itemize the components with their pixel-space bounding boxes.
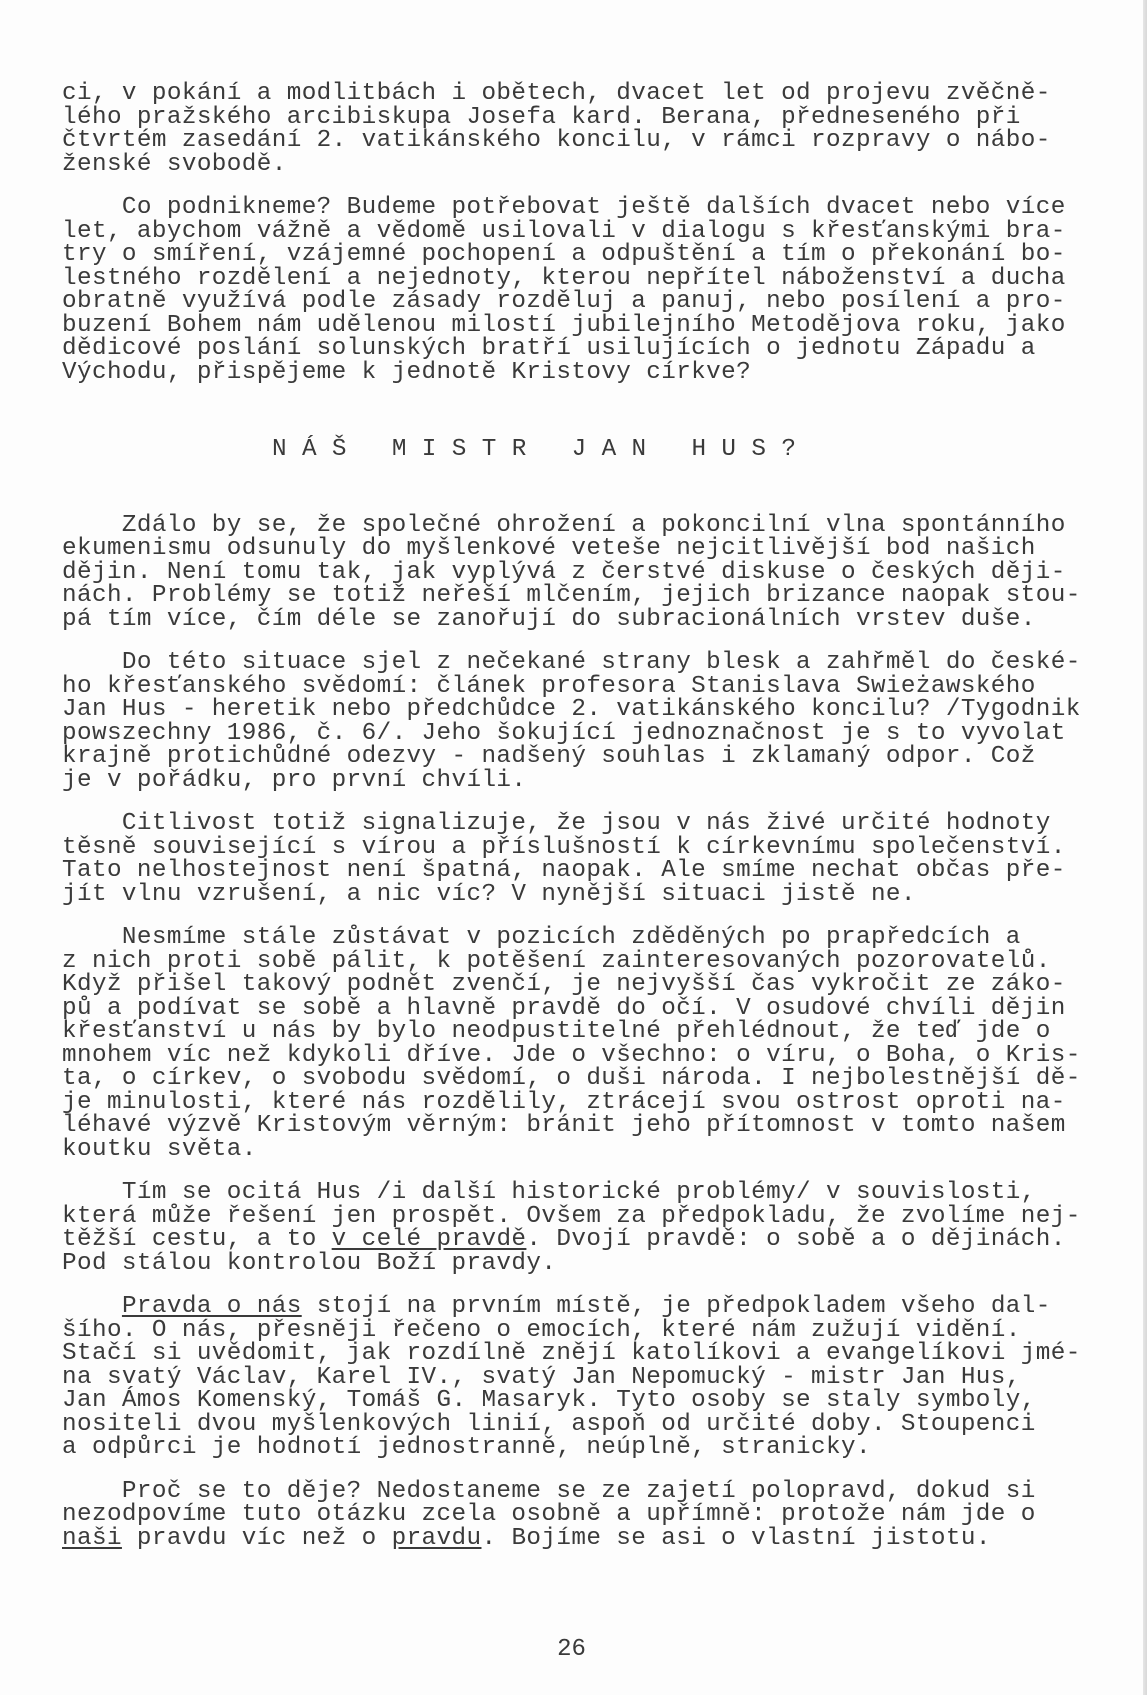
paragraph: Zdálo by se, že společné ohrožení a poko… [62, 514, 1102, 632]
text-line: ekumenismu odsunuly do myšlenkové veteše… [62, 537, 1102, 561]
page-edge [1143, 0, 1147, 1695]
paragraph: Tím se ocitá Hus /i další historické pro… [62, 1181, 1102, 1275]
text-line: krajně protichůdné odezvy - nadšený souh… [62, 745, 1102, 769]
text-line: šího. O nás, přesněji řečeno o emocích, … [62, 1319, 1102, 1343]
text-line: Proč se to děje? Nedostaneme se ze zajet… [62, 1480, 1102, 1504]
text-line: Východu, přispějeme k jednotě Kristovy c… [62, 361, 1102, 385]
underlined-text: naši [62, 1525, 122, 1552]
text-line: těsně související s vírou a příslušností… [62, 836, 1102, 860]
text-line: nezodpovíme tuto otázku zcela osobně a u… [62, 1503, 1102, 1527]
paragraph: Co podnikneme? Budeme potřebovat ještě d… [62, 196, 1102, 384]
text-line: Nesmíme stále zůstávat v pozicích zděděn… [62, 926, 1102, 950]
text-line: pů a podívat se sobě a hlavně pravdě do … [62, 997, 1102, 1021]
text-line: ženské svobodě. [62, 153, 1102, 177]
text-line: Pod stálou kontrolou Boží pravdy. [62, 1252, 1102, 1276]
text-line: Co podnikneme? Budeme potřebovat ještě d… [62, 196, 1102, 220]
text-line: ho křesťanského svědomí: článek profesor… [62, 675, 1102, 699]
text-line: těžší cestu, a to v celé pravdě. Dvojí p… [62, 1228, 1102, 1252]
paragraph: ci, v pokání a modlitbách i obětech, dva… [62, 82, 1102, 176]
text-line: koutku světa. [62, 1138, 1102, 1162]
text-line: obratně využívá podle zásady rozděluj a … [62, 290, 1102, 314]
text-line: Stačí si uvědomit, jak rozdílně znějí ka… [62, 1342, 1102, 1366]
page-number: 26 [0, 1636, 1143, 1663]
section-intro: ci, v pokání a modlitbách i obětech, dva… [62, 82, 1102, 384]
text-line: je v pořádku, pro první chvíli. [62, 769, 1102, 793]
text-line: křesťanství u nás by bylo neodpustitelné… [62, 1020, 1102, 1044]
text-line: lého pražského arcibiskupa Josefa kard. … [62, 106, 1102, 130]
text-line: je minulosti, které nás rozdělily, ztrác… [62, 1091, 1102, 1115]
text-line: powszechny 1986, č. 6/. Jeho šokující je… [62, 722, 1102, 746]
text-line: a odpůrci je hodnotí jednostranně, neúpl… [62, 1436, 1102, 1460]
text-line: čtvrtém zasedání 2. vatikánského koncilu… [62, 129, 1102, 153]
text-line: Tato nelhostejnost není špatná, naopak. … [62, 859, 1102, 883]
text-line: naši pravdu víc než o pravdu. Bojíme se … [62, 1527, 1102, 1551]
text-line: která může řešení jen prospět. Ovšem za … [62, 1205, 1102, 1229]
text-line: Jan Ámos Komenský, Tomáš G. Masaryk. Tyt… [62, 1389, 1102, 1413]
text-line: let, abychom vážně a vědomě usilovali v … [62, 220, 1102, 244]
section-nas-mistr-jan-hus: Zdálo by se, že společné ohrožení a poko… [62, 514, 1102, 1551]
paragraph: Proč se to děje? Nedostaneme se ze zajet… [62, 1480, 1102, 1551]
text-line: Když přišel takový podnět zvenčí, je nej… [62, 973, 1102, 997]
text-line: nositeli dvou myšlenkových linií, aspoň … [62, 1413, 1102, 1437]
text-line: ci, v pokání a modlitbách i obětech, dva… [62, 82, 1102, 106]
underlined-text: pravdu [392, 1525, 482, 1552]
text-line: pá tím více, čím déle se zanořují do sub… [62, 608, 1102, 632]
section-heading: N Á Š M I S T R J A N H U S ? [62, 438, 1102, 462]
paragraph: Citlivost totiž signalizuje, že jsou v n… [62, 812, 1102, 906]
text-line: jít vlnu vzrušení, a nic víc? V nynější … [62, 883, 1102, 907]
text-line: nách. Problémy se totiž neřeší mlčením, … [62, 584, 1102, 608]
text-line: Tím se ocitá Hus /i další historické pro… [62, 1181, 1102, 1205]
underlined-text: v celé pravdě [332, 1226, 527, 1253]
text-line: Do této situace sjel z nečekané strany b… [62, 651, 1102, 675]
text-line: léhavé výzvě Kristovým věrným: bránit je… [62, 1114, 1102, 1138]
text-line: mnohem víc než kdykoli dříve. Jde o všec… [62, 1044, 1102, 1068]
text-line: buzení Bohem nám udělenou milostí jubile… [62, 314, 1102, 338]
text-line: lestného rozdělení a nejednoty, kterou n… [62, 267, 1102, 291]
body-text: ci, v pokání a modlitbách i obětech, dva… [62, 82, 1102, 1550]
text-line: try o smíření, vzájemné pochopení a odpu… [62, 243, 1102, 267]
text-line: na svatý Václav, Karel IV., svatý Jan Ne… [62, 1366, 1102, 1390]
text-line: Pravda o nás stojí na prvním místě, je p… [62, 1295, 1102, 1319]
paragraph: Nesmíme stále zůstávat v pozicích zděděn… [62, 926, 1102, 1161]
paragraph: Pravda o nás stojí na prvním místě, je p… [62, 1295, 1102, 1460]
text-line: Citlivost totiž signalizuje, že jsou v n… [62, 812, 1102, 836]
text-line: Zdálo by se, že společné ohrožení a poko… [62, 514, 1102, 538]
paragraph: Do této situace sjel z nečekané strany b… [62, 651, 1102, 792]
underlined-text: Pravda o nás [122, 1293, 302, 1320]
text-line: dějin. Není tomu tak, jak vyplývá z čers… [62, 561, 1102, 585]
text-line: dědicové poslání solunských bratří usilu… [62, 337, 1102, 361]
text-line: ta, o církev, o svobodu svědomí, o duši … [62, 1067, 1102, 1091]
text-line: Jan Hus - heretik nebo předchůdce 2. vat… [62, 698, 1102, 722]
text-line: z nich proti sobě pálit, k potěšení zain… [62, 950, 1102, 974]
document-page: ci, v pokání a modlitbách i obětech, dva… [0, 0, 1143, 1695]
